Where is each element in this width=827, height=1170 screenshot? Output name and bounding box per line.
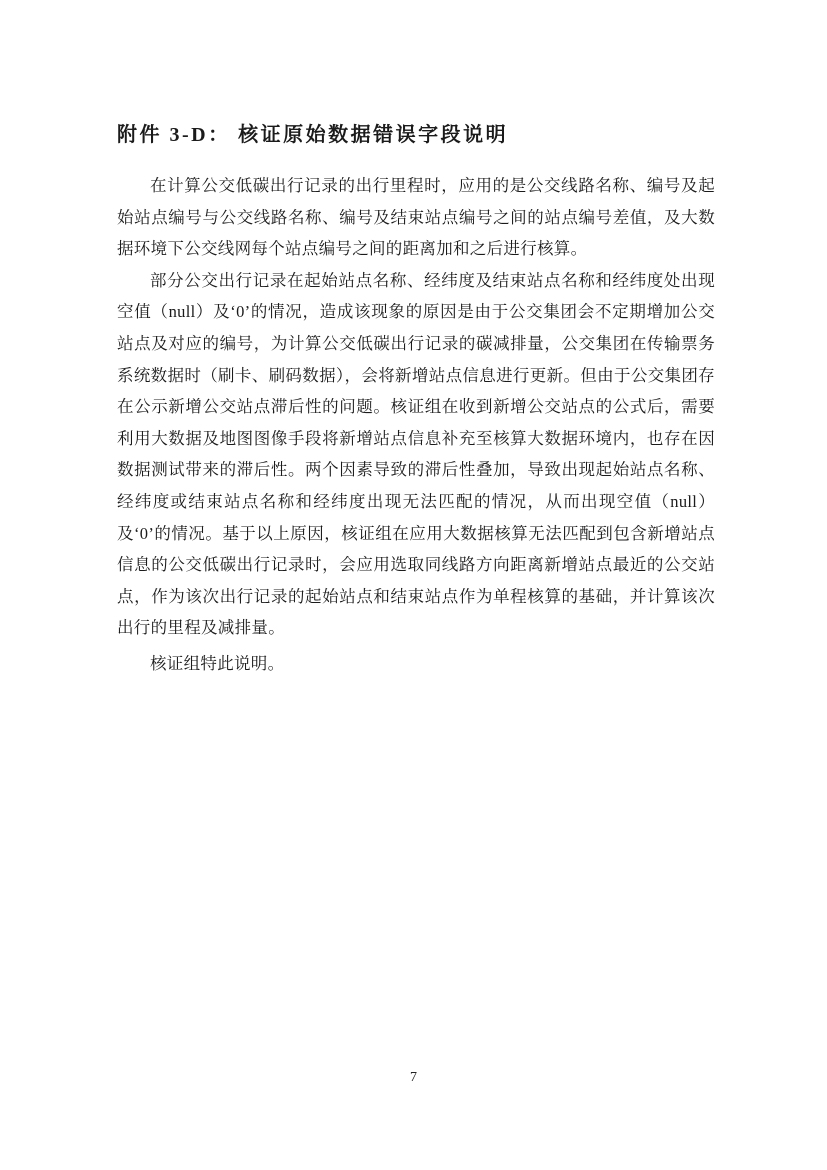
document-content: 附件 3-D： 核证原始数据错误字段说明 在计算公交低碳出行记录的出行里程时，应… <box>117 121 715 680</box>
paragraph-2: 部分公交出行记录在起始站点名称、经纬度及结束站点名称和经纬度处出现空值（null… <box>117 265 715 644</box>
paragraph-1: 在计算公交低碳出行记录的出行里程时，应用的是公交线路名称、编号及起始站点编号与公… <box>117 170 715 265</box>
page-title: 附件 3-D： 核证原始数据错误字段说明 <box>117 121 715 149</box>
document-page: 附件 3-D： 核证原始数据错误字段说明 在计算公交低碳出行记录的出行里程时，应… <box>0 0 827 1170</box>
page-number: 7 <box>0 1070 827 1086</box>
paragraph-closing: 核证组特此说明。 <box>117 648 715 680</box>
document-body: 在计算公交低碳出行记录的出行里程时，应用的是公交线路名称、编号及起始站点编号与公… <box>117 170 715 680</box>
